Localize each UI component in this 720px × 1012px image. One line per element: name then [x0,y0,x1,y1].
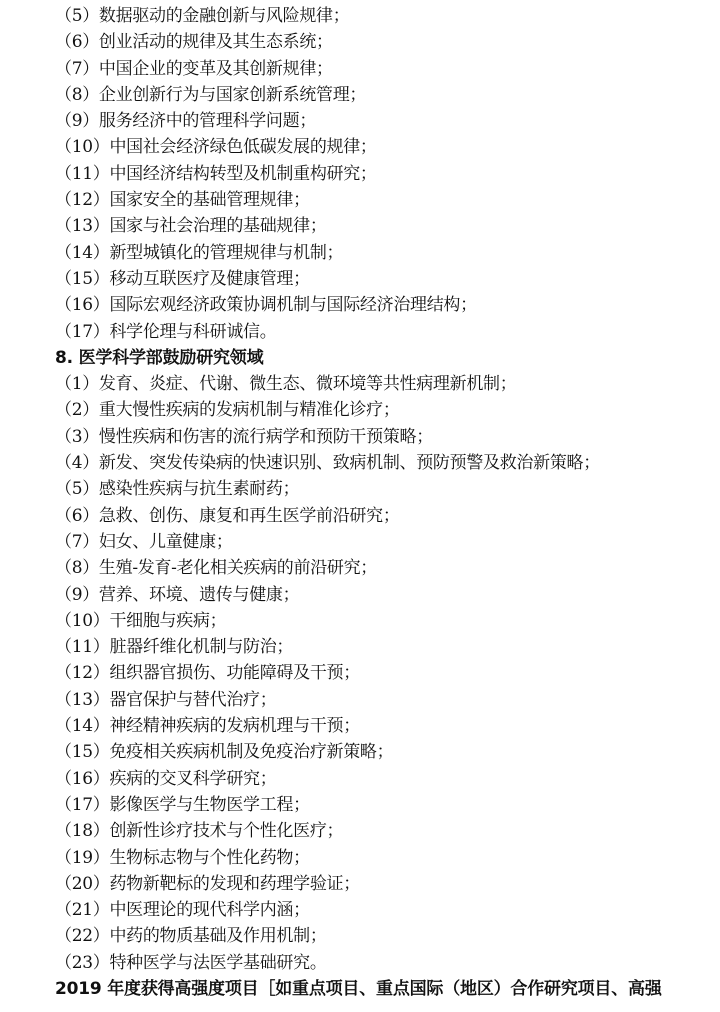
list-item: （8）生殖-发育-老化相关疾病的前沿研究； [55,555,715,581]
list-item: （10）中国社会经济绿色低碳发展的规律； [55,134,715,160]
list-item: （2）重大慢性疾病的发病机制与精准化诊疗； [55,397,715,423]
list-item: （9）服务经济中的管理科学问题； [55,108,715,134]
document-page: （5）数据驱动的金融创新与风险规律； （6）创业活动的规律及其生态系统； （7）… [55,3,715,1002]
list-item: （22）中药的物质基础及作用机制； [55,923,715,949]
list-item: （5）数据驱动的金融创新与风险规律； [55,3,715,29]
list-item: （16）国际宏观经济政策协调机制与国际经济治理结构； [55,292,715,318]
list-item: （8）企业创新行为与国家创新系统管理； [55,82,715,108]
list-item: （7）妇女、儿童健康； [55,529,715,555]
list-item: （17）影像医学与生物医学工程； [55,792,715,818]
list-item: （18）创新性诊疗技术与个性化医疗； [55,818,715,844]
list-item: （17）科学伦理与科研诚信。 [55,319,715,345]
section-8-list: （1）发育、炎症、代谢、微生态、微环境等共性病理新机制； （2）重大慢性疾病的发… [55,371,715,976]
list-item: （1）发育、炎症、代谢、微生态、微环境等共性病理新机制； [55,371,715,397]
list-item: （5）感染性疾病与抗生素耐药； [55,476,715,502]
list-item: （6）创业活动的规律及其生态系统； [55,29,715,55]
list-item: （9）营养、环境、遗传与健康； [55,582,715,608]
list-item: （23）特种医学与法医学基础研究。 [55,950,715,976]
list-item: （15）移动互联医疗及健康管理； [55,266,715,292]
list-item: （13）国家与社会治理的基础规律； [55,213,715,239]
list-item: （12）国家安全的基础管理规律； [55,187,715,213]
list-item: （11）中国经济结构转型及机制重构研究； [55,161,715,187]
list-item: （13）器官保护与替代治疗； [55,687,715,713]
list-item: （19）生物标志物与个性化药物； [55,845,715,871]
list-item: （16）疾病的交叉科学研究； [55,766,715,792]
list-item: （10）干细胞与疾病； [55,608,715,634]
list-item: （20）药物新靶标的发现和药理学验证； [55,871,715,897]
list-item: （12）组织器官损伤、功能障碍及干预； [55,660,715,686]
list-item: （14）新型城镇化的管理规律与机制； [55,240,715,266]
list-item: （6）急救、创伤、康复和再生医学前沿研究； [55,503,715,529]
list-item: （15）免疫相关疾病机制及免疫治疗新策略； [55,739,715,765]
section-heading: 8. 医学科学部鼓励研究领域 [55,345,715,371]
section-7-list: （5）数据驱动的金融创新与风险规律； （6）创业活动的规律及其生态系统； （7）… [55,3,715,345]
list-item: （3）慢性疾病和伤害的流行病学和预防干预策略； [55,424,715,450]
list-item: （7）中国企业的变革及其创新规律； [55,56,715,82]
list-item: （11）脏器纤维化机制与防治； [55,634,715,660]
list-item: （21）中医理论的现代科学内涵； [55,897,715,923]
list-item: （14）神经精神疾病的发病机理与干预； [55,713,715,739]
trailing-paragraph-heading: 2019 年度获得高强度项目［如重点项目、重点国际（地区）合作研究项目、高强 [55,976,715,1002]
list-item: （4）新发、突发传染病的快速识别、致病机制、预防预警及救治新策略； [55,450,715,476]
